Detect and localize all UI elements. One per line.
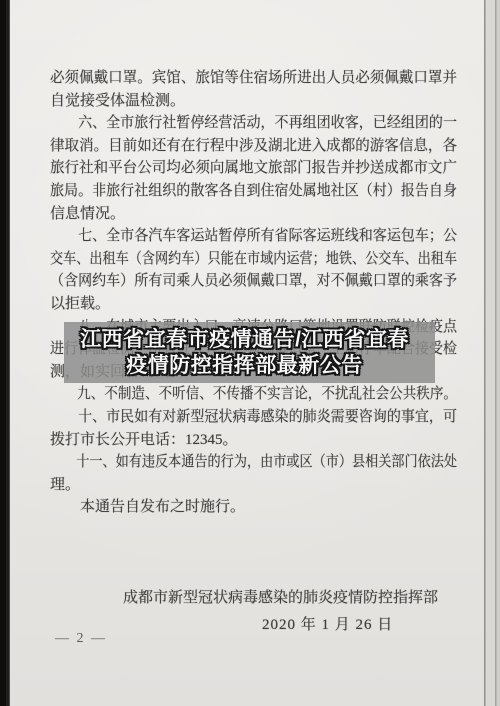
notice-line: 旅行社和平台公司均必须向属地文旅部门报告并抄送成都市文广	[50, 157, 447, 180]
photo-left-border	[0, 0, 10, 706]
notice-line-text: 自觉接受体温检测。	[50, 90, 185, 113]
notice-line: 九、不制造、不听信、不传播不实言论，不扰乱社会公共秩序。	[50, 383, 421, 406]
issuer-signature: 成都市新型冠状病毒感染的肺炎疫情防控指挥部	[10, 586, 438, 607]
notice-line-text: 律取消。目前如还有在行程中涉及湖北进入成都的游客信息，各	[50, 135, 457, 158]
notice-line-text: 六、全市旅行社暂停经营活动，不再组团收客，已经组团的一	[78, 112, 457, 135]
notice-line: 十一、如有违反本通告的行为，由市或区（市）县相关部门依法处	[50, 451, 409, 474]
notice-line-text: 理。	[50, 474, 80, 497]
notice-line-text: 十一、如有违反本通告的行为，由市或区（市）县相关部门依法处	[76, 451, 457, 474]
page-number: — 2 —	[55, 631, 107, 647]
notice-line-text: 十、市民如有对新型冠状病毒感染的肺炎需要咨询的事宜，可	[78, 406, 457, 429]
notice-line: 十、市民如有对新型冠状病毒感染的肺炎需要咨询的事宜，可	[50, 406, 434, 429]
notice-line-text: 旅局。非旅行社组织的散客各自到住宿处属地社区（村）报告自身	[50, 180, 457, 203]
headline-line2: 疫情防控指挥部最新公告	[126, 353, 363, 379]
notice-line: 七、全市各汽车客运站暂停所有省际客运班线和客运包车；公	[50, 225, 434, 248]
headline-overlay: 江西省宜春市疫情通告/江西省宜春 疫情防控指挥部最新公告	[64, 322, 435, 383]
notice-line: 本通告自发布之时施行。	[50, 496, 460, 519]
notice-line-text: 本通告自发布之时施行。	[80, 496, 245, 519]
notice-line-text: （含网约车）所有司乘人员必须佩戴口罩，对不佩戴口罩的乘客予	[50, 270, 457, 293]
notice-line: 必须佩戴口罩。宾馆、旅馆等住宿场所进出人员必须佩戴口罩并	[50, 67, 447, 90]
page-edge-shadow	[484, 0, 500, 706]
document-page: 必须佩戴口罩。宾馆、旅馆等住宿场所进出人员必须佩戴口罩并自觉接受体温检测。六、全…	[10, 0, 484, 706]
notice-line-text: 以拒载。	[50, 293, 110, 316]
notice-line: 拨打市长公开电话：12345。	[50, 429, 460, 452]
notice-body: 必须佩戴口罩。宾馆、旅馆等住宿场所进出人员必须佩戴口罩并自觉接受体温检测。六、全…	[50, 67, 460, 519]
notice-line: 旅局。非旅行社组织的散客各自到住宿处属地社区（村）报告自身	[50, 180, 434, 203]
notice-line-text: 七、全市各汽车客运站暂停所有省际客运班线和客运包车；公	[78, 225, 457, 248]
issue-date: 2020 年 1 月 26 日	[262, 613, 393, 634]
notice-line: 六、全市旅行社暂停经营活动，不再组团收客，已经组团的一	[50, 112, 434, 135]
notice-line: 交车、出租车（含网约车）只能在市域内运营；地铁、公交车、出租车	[50, 248, 409, 271]
notice-line: 理。	[50, 474, 460, 497]
notice-line-text: 信息情况。	[50, 203, 125, 226]
notice-line-text: 必须佩戴口罩。宾馆、旅馆等住宿场所进出人员必须佩戴口罩并	[50, 67, 457, 90]
notice-line-text: 交车、出租车（含网约车）只能在市域内运营；地铁、公交车、出租车	[50, 248, 457, 271]
scanned-notice-photo: 必须佩戴口罩。宾馆、旅馆等住宿场所进出人员必须佩戴口罩并自觉接受体温检测。六、全…	[0, 0, 500, 706]
notice-line: 以拒载。	[50, 293, 460, 316]
notice-line-text: 拨打市长公开电话：12345。	[50, 429, 238, 452]
notice-line: （含网约车）所有司乘人员必须佩戴口罩，对不佩戴口罩的乘客予	[50, 270, 434, 293]
notice-line-text: 旅行社和平台公司均必须向属地文旅部门报告并抄送成都市文广	[50, 157, 457, 180]
notice-line: 自觉接受体温检测。	[50, 90, 460, 113]
headline-line1: 江西省宜春市疫情通告/江西省宜春	[80, 327, 409, 353]
notice-line: 律取消。目前如还有在行程中涉及湖北进入成都的游客信息，各	[50, 135, 447, 158]
notice-line-text: 九、不制造、不听信、不传播不实言论，不扰乱社会公共秩序。	[77, 383, 457, 406]
notice-line: 信息情况。	[50, 203, 460, 226]
